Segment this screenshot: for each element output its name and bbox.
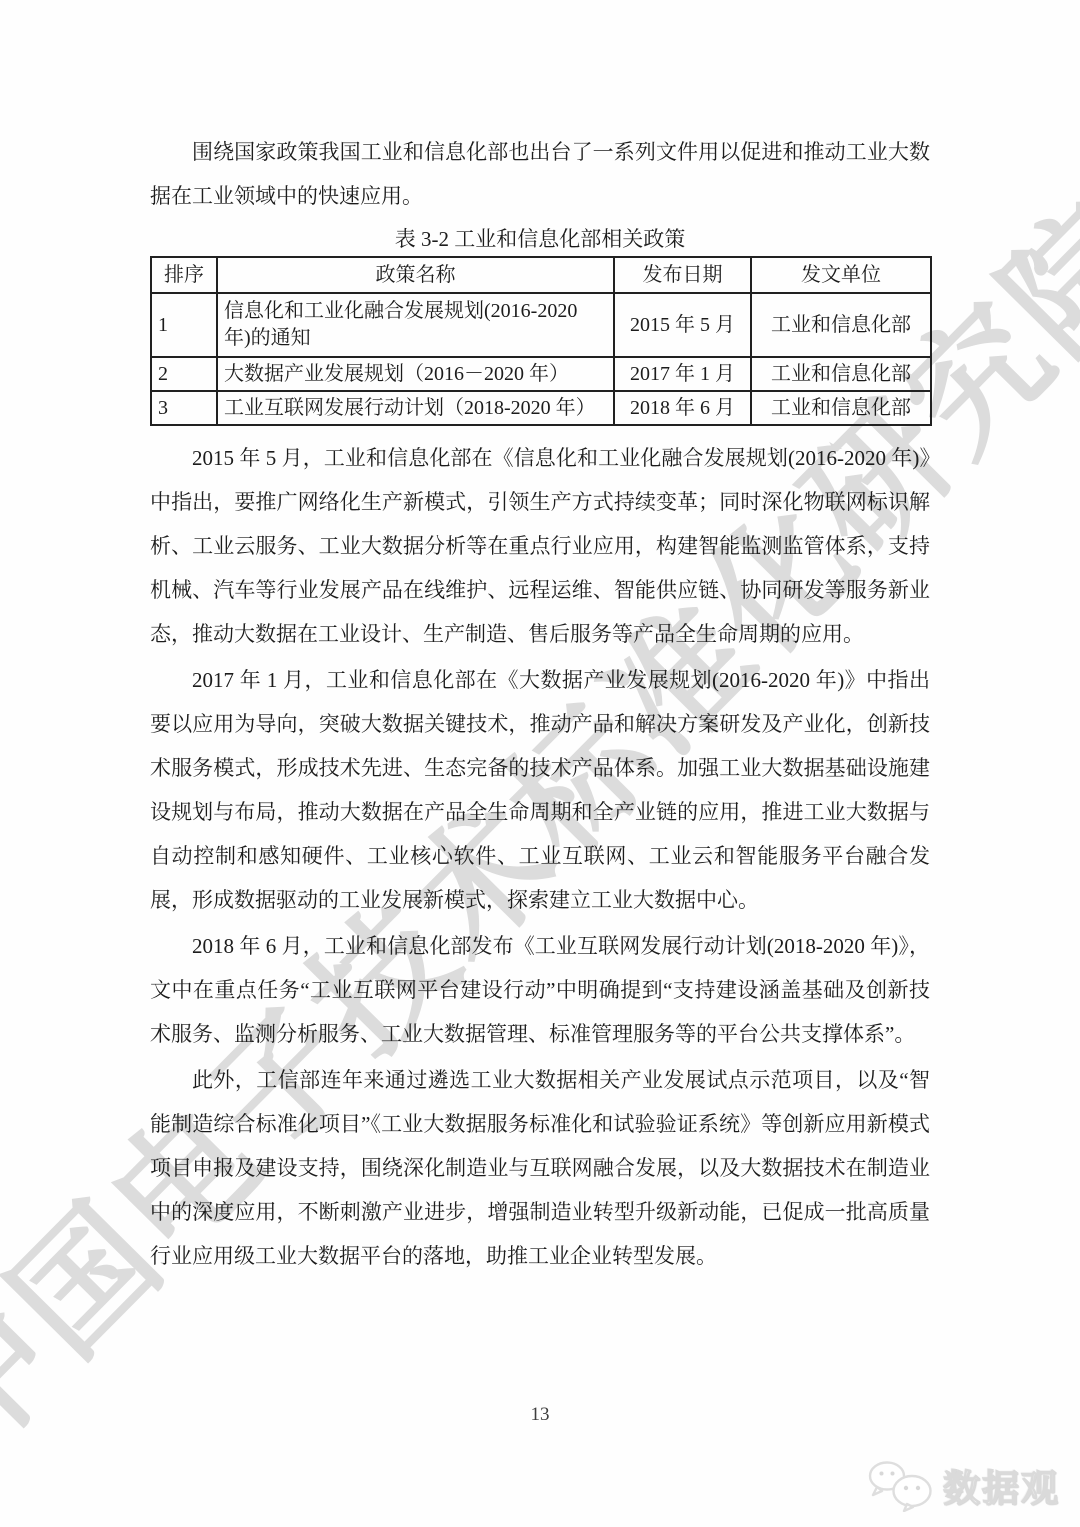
header-issuing-unit: 发文单位 [751, 257, 931, 293]
cell-rank: 1 [151, 293, 217, 357]
body-paragraph-2018: 2018 年 6 月，工业和信息化部发布《工业互联网发展行动计划(2018-20… [150, 924, 930, 1056]
cell-rank: 3 [151, 391, 217, 425]
body-paragraph-miit-projects: 此外，工信部连年来通过遴选工业大数据相关产业发展试点示范项目，以及“智能制造综合… [150, 1058, 930, 1278]
intro-paragraph: 围绕国家政策我国工业和信息化部也出台了一系列文件用以促进和推动工业大数据在工业领… [150, 130, 930, 218]
cell-issuing-unit: 工业和信息化部 [751, 293, 931, 357]
logo-text: 数据观 [943, 1458, 1060, 1512]
header-publish-date: 发布日期 [614, 257, 751, 293]
header-rank: 排序 [151, 257, 217, 293]
cell-publish-date: 2017 年 1 月 [614, 357, 751, 391]
table-row: 2 大数据产业发展规划（2016－2020 年） 2017 年 1 月 工业和信… [151, 357, 931, 391]
cell-publish-date: 2015 年 5 月 [614, 293, 751, 357]
table-caption: 表 3-2 工业和信息化部相关政策 [150, 226, 930, 253]
cell-issuing-unit: 工业和信息化部 [751, 357, 931, 391]
cell-issuing-unit: 工业和信息化部 [751, 391, 931, 425]
policy-table: 排序 政策名称 发布日期 发文单位 1 信息化和工业化融合发展规划(2016-2… [150, 256, 932, 426]
cell-policy-name: 工业互联网发展行动计划（2018-2020 年） [217, 391, 614, 425]
cell-policy-name: 大数据产业发展规划（2016－2020 年） [217, 357, 614, 391]
wechat-chat-bubbles-icon [865, 1458, 937, 1512]
cell-rank: 2 [151, 357, 217, 391]
cell-policy-name: 信息化和工业化融合发展规划(2016-2020 年)的通知 [217, 293, 614, 357]
body-paragraph-2017: 2017 年 1 月，工业和信息化部在《大数据产业发展规划(2016-2020 … [150, 658, 930, 922]
page-number: 13 [0, 1404, 1080, 1426]
cell-publish-date: 2018 年 6 月 [614, 391, 751, 425]
table-row: 1 信息化和工业化融合发展规划(2016-2020 年)的通知 2015 年 5… [151, 293, 931, 357]
body-paragraph-2015: 2015 年 5 月，工业和信息化部在《信息化和工业化融合发展规划(2016-2… [150, 436, 930, 656]
header-policy-name: 政策名称 [217, 257, 614, 293]
page-content: 围绕国家政策我国工业和信息化部也出台了一系列文件用以促进和推动工业大数据在工业领… [0, 0, 1080, 1278]
table-header-row: 排序 政策名称 发布日期 发文单位 [151, 257, 931, 293]
shujuguan-logo: 数据观 [865, 1458, 1060, 1512]
document-page: 中国电子技术标准化研究院 围绕国家政策我国工业和信息化部也出台了一系列文件用以促… [0, 0, 1080, 1527]
table-row: 3 工业互联网发展行动计划（2018-2020 年） 2018 年 6 月 工业… [151, 391, 931, 425]
